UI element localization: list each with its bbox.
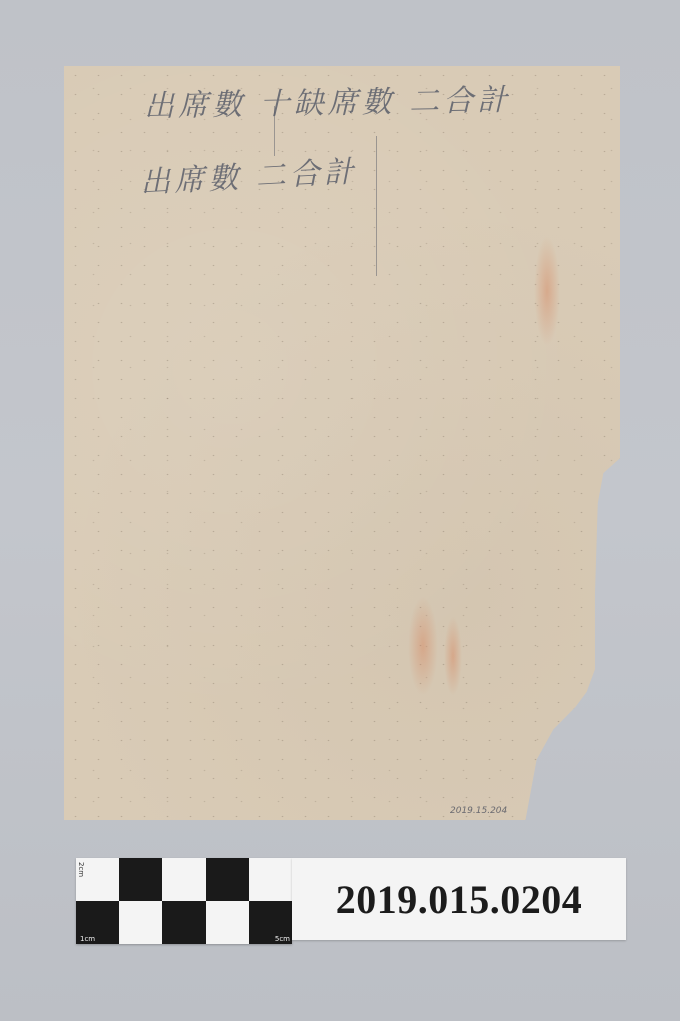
pencil-stroke xyxy=(376,136,377,276)
rust-stain xyxy=(444,616,462,696)
handwritten-line-2: 出席數 二合計 xyxy=(139,146,359,201)
pencil-catalog-note: 2019.15.204 xyxy=(450,806,507,816)
scale-label-2cm: 2cm xyxy=(77,862,85,877)
scale-bar: 2cm 1cm 5cm xyxy=(76,858,292,944)
scale-label-1cm: 1cm xyxy=(80,935,95,943)
catalog-number: 2019.015.0204 xyxy=(336,876,583,923)
checker-pattern xyxy=(76,858,292,944)
rust-stain xyxy=(408,596,438,696)
archival-document: 出席數 十缺席數 二合計 出席數 二合計 2019.15.204 xyxy=(64,66,620,820)
scale-label-5cm: 5cm xyxy=(275,935,290,943)
catalog-label: 2019.015.0204 xyxy=(292,858,626,940)
pencil-stroke xyxy=(274,106,275,156)
handwritten-line-1: 出席數 十缺席數 二合計 xyxy=(144,75,512,125)
rust-stain xyxy=(534,236,560,346)
